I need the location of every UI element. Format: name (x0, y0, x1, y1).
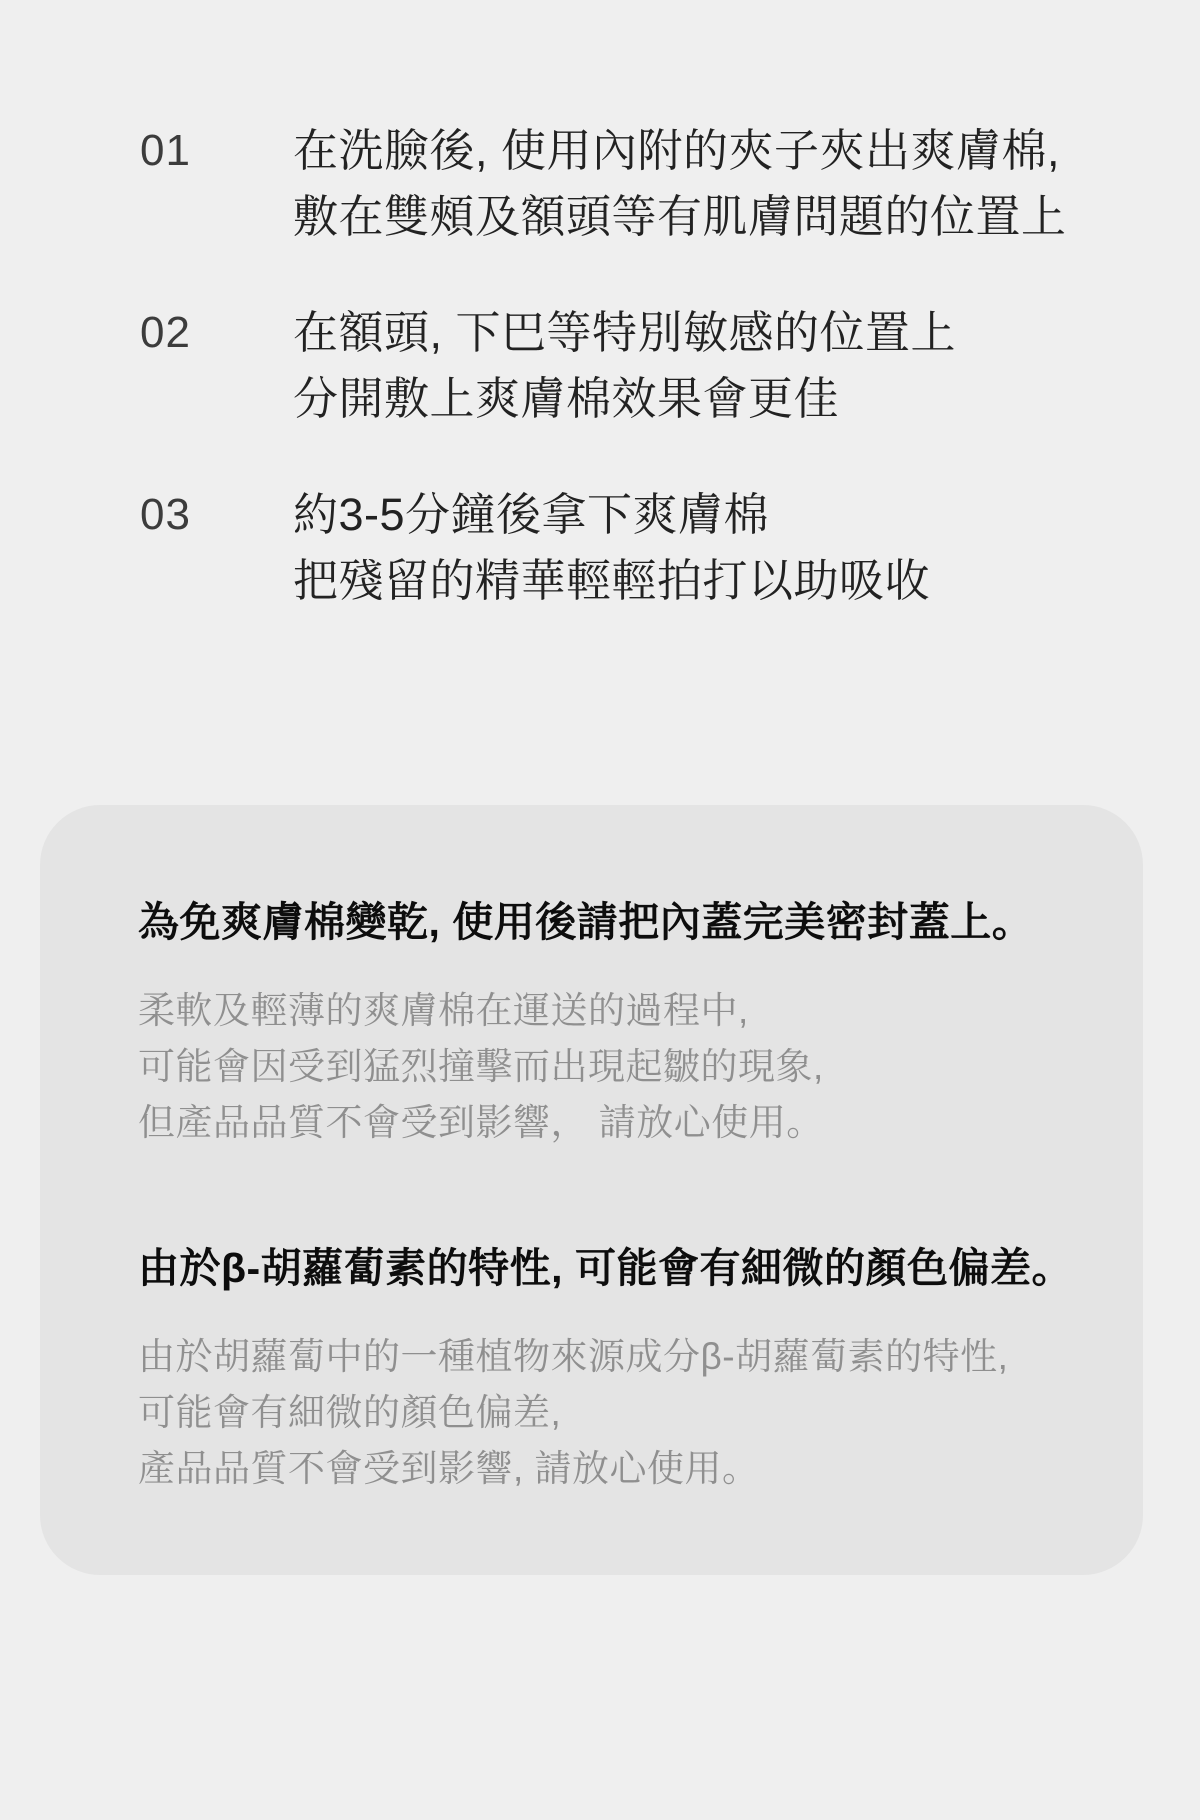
notice-title-beta-carotene: 由於β-胡蘿蔔素的特性, 可能會有細微的顏色偏差。 (138, 1243, 1063, 1293)
product-usage-page: 01 在洗臉後, 使用內附的夾子夾出爽膚棉, 敷在雙頰及額頭等有肌膚問題的位置上… (0, 0, 1200, 1820)
notice-line: 可能會有細微的顏色偏差, (138, 1385, 1063, 1441)
usage-step-02: 02 在額頭, 下巴等特別敏感的位置上 分開敷上爽膚棉效果會更佳 (140, 300, 1200, 432)
step-line: 在洗臉後, 使用內附的夾子夾出爽膚棉, (293, 118, 1067, 184)
step-number: 03 (140, 482, 293, 548)
notice-body-seal-lid: 柔軟及輕薄的爽膚棉在運送的過程中, 可能會因受到猛烈撞擊而出現起皺的現象, 但產… (138, 983, 1063, 1151)
step-line: 分開敷上爽膚棉效果會更佳 (293, 366, 956, 432)
notice-line: 柔軟及輕薄的爽膚棉在運送的過程中, (138, 983, 1063, 1039)
notice-line: 產品品質不會受到影響, 請放心使用。 (138, 1441, 1063, 1497)
step-text: 約3-5分鐘後拿下爽膚棉 把殘留的精華輕輕拍打以助吸收 (293, 482, 930, 614)
usage-steps: 01 在洗臉後, 使用內附的夾子夾出爽膚棉, 敷在雙頰及額頭等有肌膚問題的位置上… (0, 0, 1200, 614)
notice-line: 由於胡蘿蔔中的一種植物來源成分β-胡蘿蔔素的特性, (138, 1329, 1063, 1385)
notice-body-beta-carotene: 由於胡蘿蔔中的一種植物來源成分β-胡蘿蔔素的特性, 可能會有細微的顏色偏差, 產… (138, 1329, 1063, 1497)
step-text: 在額頭, 下巴等特別敏感的位置上 分開敷上爽膚棉效果會更佳 (293, 300, 956, 432)
step-line: 在額頭, 下巴等特別敏感的位置上 (293, 300, 956, 366)
step-number: 01 (140, 118, 293, 184)
step-number: 02 (140, 300, 293, 366)
notice-line: 可能會因受到猛烈撞擊而出現起皺的現象, (138, 1039, 1063, 1095)
usage-step-03: 03 約3-5分鐘後拿下爽膚棉 把殘留的精華輕輕拍打以助吸收 (140, 482, 1200, 614)
notice-card: 為免爽膚棉變乾, 使用後請把內蓋完美密封蓋上。 柔軟及輕薄的爽膚棉在運送的過程中… (40, 805, 1143, 1575)
step-line: 敷在雙頰及額頭等有肌膚問題的位置上 (293, 184, 1067, 250)
notice-line: 但產品品質不會受到影響， 請放心使用。 (138, 1095, 1063, 1151)
step-text: 在洗臉後, 使用內附的夾子夾出爽膚棉, 敷在雙頰及額頭等有肌膚問題的位置上 (293, 118, 1067, 250)
step-line: 把殘留的精華輕輕拍打以助吸收 (293, 548, 930, 614)
notice-title-seal-lid: 為免爽膚棉變乾, 使用後請把內蓋完美密封蓋上。 (138, 897, 1063, 947)
usage-step-01: 01 在洗臉後, 使用內附的夾子夾出爽膚棉, 敷在雙頰及額頭等有肌膚問題的位置上 (140, 118, 1200, 250)
step-line: 約3-5分鐘後拿下爽膚棉 (293, 482, 930, 548)
